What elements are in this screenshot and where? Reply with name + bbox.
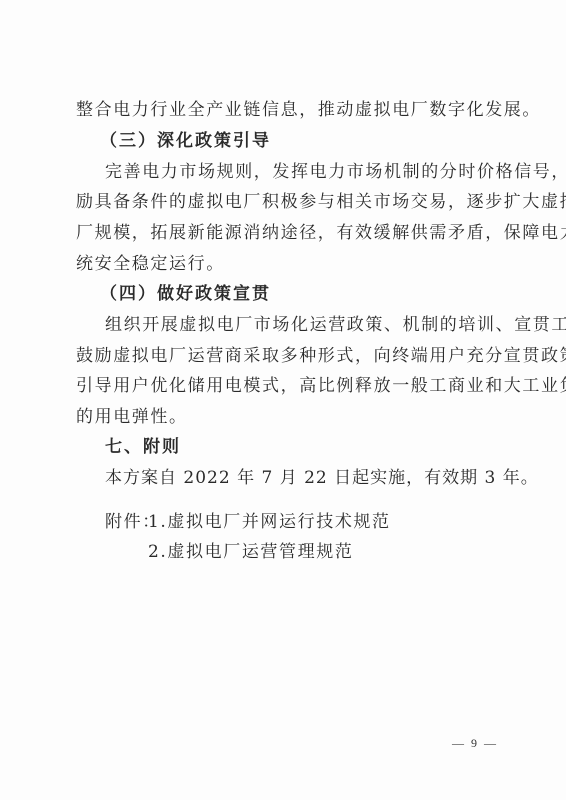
document-page: 整合电力行业全产业链信息，推动虚拟电厂数字化发展。 （三）深化政策引导 完善电力… [0,0,566,800]
paragraph-line: 整合电力行业全产业链信息，推动虚拟电厂数字化发展。 [76,99,496,121]
page-number: — 9 — [452,736,498,751]
effective-date-line: 本方案自 2022 年 7 月 22 日起实施，有效期 3 年。 [105,467,525,489]
paragraph-line: 的用电弹性。 [76,406,496,428]
chapter-heading-7: 七、附则 [105,436,525,458]
paragraph-line: 鼓励虚拟电厂运营商采取多种形式，向终端用户充分宣贯政策， [76,345,496,367]
section-heading-3: （三）深化政策引导 [100,130,520,152]
attachment-item: 2.虚拟电厂运营管理规范 [148,541,448,563]
attachment-item: 1.虚拟电厂并网运行技术规范 [148,511,448,533]
paragraph-line: 统安全稳定运行。 [76,253,496,275]
paragraph-line: 完善电力市场规则，发挥电力市场机制的分时价格信号，鼓 [105,161,525,183]
paragraph-line: 引导用户优化储用电模式，高比例释放一般工商业和大工业负荷 [76,375,496,397]
paragraph-line: 组织开展虚拟电厂市场化运营政策、机制的培训、宣贯工作。 [105,314,525,336]
section-heading-4: （四）做好政策宣贯 [100,283,520,305]
paragraph-line: 厂规模，拓展新能源消纳途径，有效缓解供需矛盾，保障电力系 [76,222,496,244]
paragraph-line: 励具备条件的虚拟电厂积极参与相关市场交易，逐步扩大虚拟电 [76,191,496,213]
